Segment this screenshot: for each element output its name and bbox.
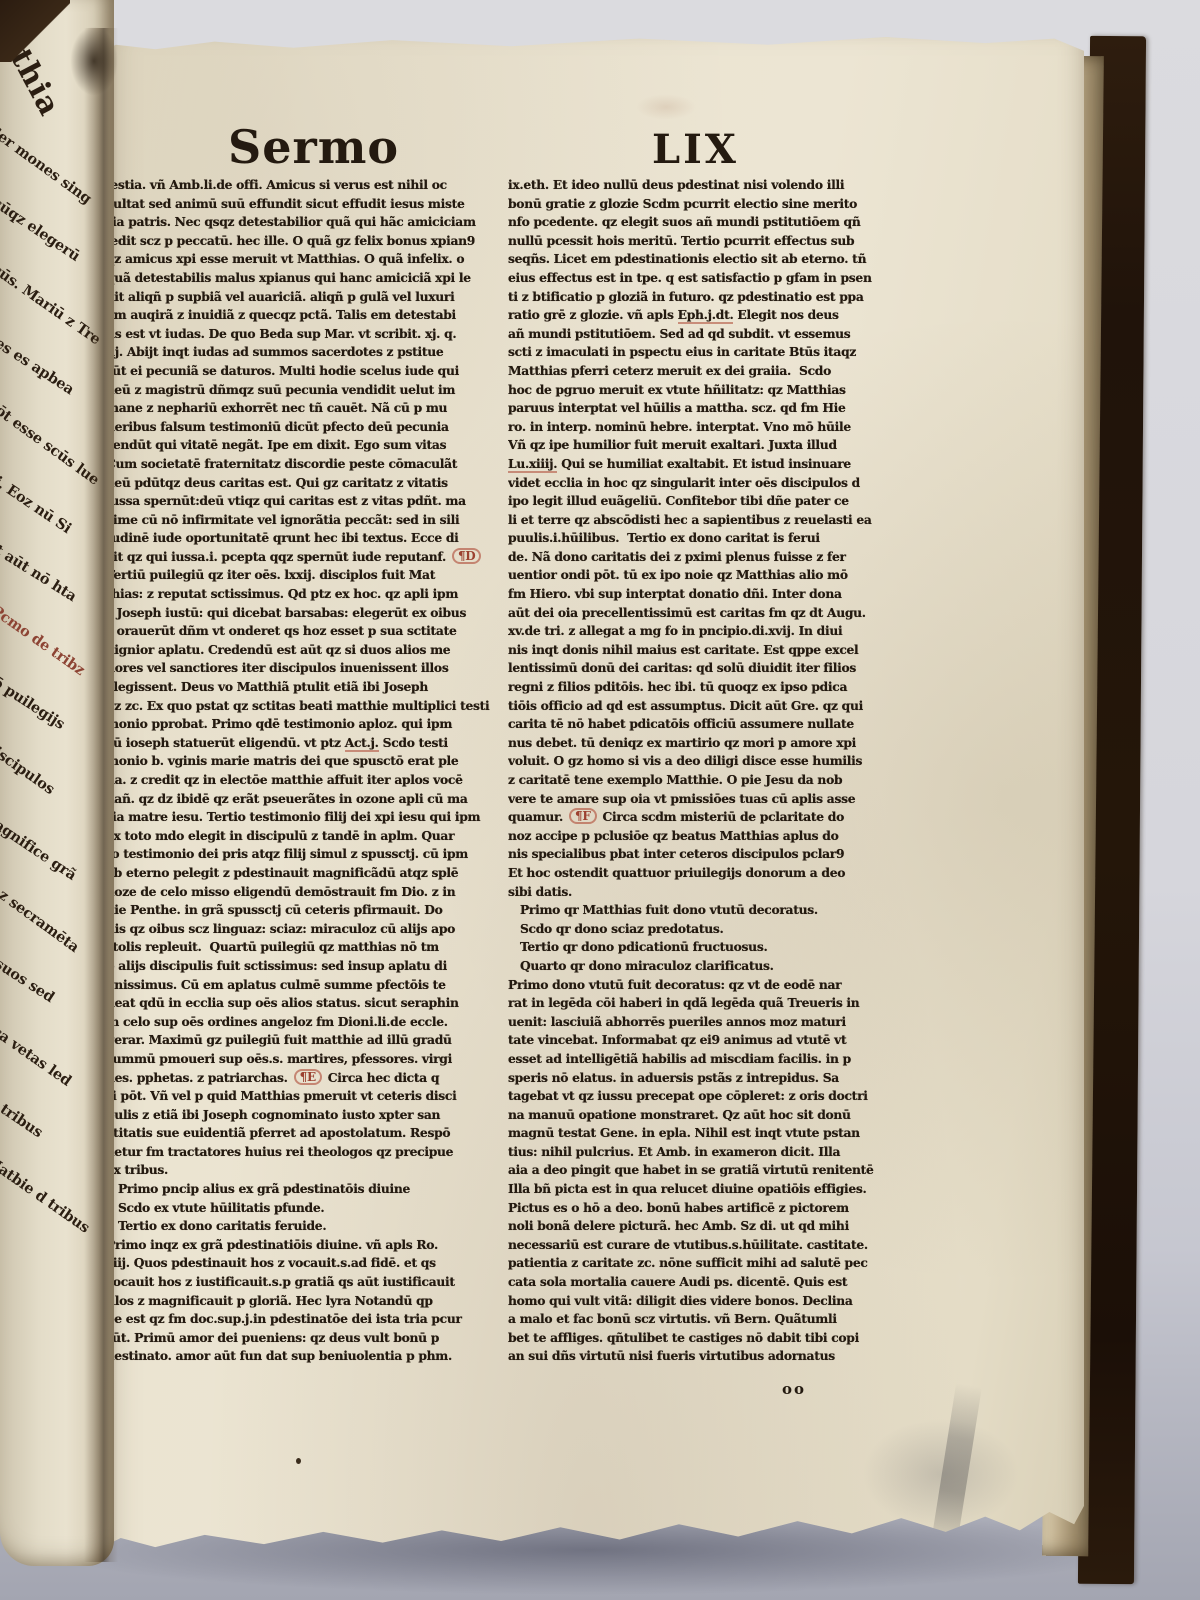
text-line: dit aliqñ p supbiã vel auariciã. aliqñ p… (106, 288, 506, 307)
text-line: videt ecclia in hoc qz singularit inter … (508, 474, 908, 493)
text-line: Illa bñ picta est in qua relucet diuine … (508, 1180, 908, 1199)
photo-backdrop: Sermo LIX lestia. vñ Amb.li.de offi. Ami… (0, 0, 1200, 1600)
text-line: nes. pphetas. z patriarchas. ¶E Circa he… (106, 1069, 506, 1088)
text-line: p alijs discipulis fuit sctissimus: sed … (106, 957, 506, 976)
text-line: voluit. O gz homo si vis a deo diligi di… (508, 752, 908, 771)
top-left-board-sliver (0, 0, 70, 62)
text-line: Quarto qr dono miraculoz clarificatus. (508, 957, 908, 976)
text-line: puulis.i.hūilibus. Tertio ex dono carita… (508, 529, 908, 548)
text-line: tudinē iude oportunitatē qrunt hec ibi t… (106, 529, 506, 548)
text-line: stolis repleuit. Quartū puilegiū qz matt… (106, 938, 506, 957)
text-line: noli bonã delere picturã. hec Amb. Sz di… (508, 1217, 908, 1236)
marginal-fragment: nō puilegijs (0, 668, 68, 733)
text-line: iussa spernūt:deū vtiqz qui caritas est … (106, 492, 506, 511)
marginal-fragment: ut aūt nō hta (0, 536, 80, 605)
text-line: ratio grē z glozie. vñ apls Eph.j.dt. El… (508, 306, 908, 325)
text-line: ria patris. Nec qsqz detestabilior quã q… (106, 213, 506, 232)
text-line: pulis z etiã ibi Joseph cognominato iust… (106, 1106, 506, 1125)
text-line: aia a deo pingit que habet in se gratiã … (508, 1161, 908, 1180)
marginal-fragment: rses es apbea (0, 326, 77, 398)
line-text: ratio grē z glozie. vñ apls (508, 307, 678, 322)
text-line: na. z credit qz in electōe matthie affui… (106, 771, 506, 790)
text-line: Scdo qr dono sciaz predotatus. (508, 920, 908, 939)
text-line: ab eterno pelegit z pdestinauit magnific… (106, 864, 506, 883)
text-line: Primo dono vtutū fuit decoratus: qz vt d… (508, 976, 908, 995)
text-line: eius effectus est in tpe. q est satisfac… (508, 269, 908, 288)
text-line: Cum societatē fraternitatz discordie pes… (106, 455, 506, 474)
marginal-fragment: s.j. Eoz nū Si (0, 466, 74, 537)
marginal-fragment: Pcmo de tribz (0, 602, 88, 679)
marginal-fragment: Matbie d tribus (0, 1152, 93, 1236)
text-line: regni z filios pditōis. hec ibi. tū quoq… (508, 678, 908, 697)
text-line: vere te amare sup oia vt pmissiōes tuas … (508, 790, 908, 809)
line-text: Qui se humiliat exaltabit. Et istud insi… (557, 456, 851, 471)
text-line: paruus interptat vel hūilis a mattha. sc… (508, 399, 908, 418)
text-line: elegissent. Deus vo Matthiã ptulit etiã … (106, 678, 506, 697)
marginal-fragment: a z secramēta (0, 878, 82, 956)
text-line: seqñs. Licet em pdestinationis electio s… (508, 250, 908, 269)
text-line: xime cū nō infirmitate vel ignorãtia pec… (106, 511, 506, 530)
text-line: tate vincebat. Informabat qz ei9 animus … (508, 1031, 908, 1050)
text-line: tius: nihil pulcrius. Et Amb. in examero… (508, 1143, 908, 1162)
text-line: noz accipe p pclusiōe qz beatus Matthias… (508, 827, 908, 846)
text-line: nis specialibus pbat inter ceteros disci… (508, 845, 908, 864)
text-line: ctitatis sue euidentiã pferret ad aposto… (106, 1124, 506, 1143)
text-line: cultat sed animū suū effundit sicut effu… (106, 195, 506, 214)
rubric-paragraph-mark: ¶F (569, 808, 597, 824)
running-title-number: LIX (652, 126, 739, 173)
text-line: in celo sup oēs ordines angeloz fm Dioni… (106, 1013, 506, 1032)
marginal-fragment: ex tribus (0, 1088, 46, 1141)
text-line: thias: z reputat sctissimus. Qd ptz ex h… (106, 585, 506, 604)
text-line: z orauerūt dñm vt onderet qs hoz esset p… (106, 622, 506, 641)
text-line: doze de celo misso eligendū demōstrauit … (106, 883, 506, 902)
text-line: qz amicus xpi esse meruit vt Matthias. O… (106, 250, 506, 269)
text-line: rat in legēda cōi haberi in qdã legēda q… (508, 994, 908, 1013)
text-line: ipo legit illud euãgeliū. Confitebor tib… (508, 492, 908, 511)
marginal-fragment: ncūqz elegerū (0, 188, 83, 265)
text-line: aūt dei oia precellentissimū est caritas… (508, 604, 908, 623)
text-line: tagebat vt qz iussu precepat ope cōplere… (508, 1087, 908, 1106)
foxing-stain (636, 94, 696, 120)
gutter-top-shadow (70, 26, 118, 96)
text-line: lestia. vñ Amb.li.de offi. Amicus si ver… (106, 176, 506, 195)
text-line: quamur. ¶F Circa scdm misteriū de pclari… (508, 808, 908, 827)
text-line: vocauit hos z iustificauit.s.p gratiã qs… (106, 1273, 506, 1292)
text-line: bonū gratie z glozie Scdm pcurrit electi… (508, 195, 908, 214)
text-line: die Penthe. in grã spussctj cū ceteris p… (106, 901, 506, 920)
text-line: z Joseph iustū: qui dicebat barsabas: el… (106, 604, 506, 623)
marginal-fragment: discipulos (0, 738, 58, 798)
text-line: fm Hiero. vbi sup interptat donatio dñi.… (508, 585, 908, 604)
text-line: z caritatē tene exemplo Matthie. O pie J… (508, 771, 908, 790)
text-line: gnissimus. Cū em aplatus culmē summe pfe… (106, 976, 506, 995)
rubricated-word: Eph.j.dt. (678, 307, 734, 324)
text-line: ledit scz p peccatū. hec ille. O quã gz … (106, 232, 506, 251)
line-text: cū ioseph statuerūt eligendū. vt ptz (106, 735, 345, 750)
text-line: pe est qz fm doc.sup.j.in pdestinatōe de… (106, 1310, 506, 1329)
text-line: destinato. amor aūt fun dat sup beniuole… (106, 1347, 506, 1366)
text-line: Pictus es o hō a deo. bonū habes artific… (508, 1199, 908, 1218)
text-line: li et terre qz abscōdisti hec a sapienti… (508, 511, 908, 530)
marginal-fragment: sca vetas led (0, 1018, 74, 1090)
text-line: neribus falsum testimoniū dicūt pfecto d… (106, 418, 506, 437)
rubric-paragraph-mark: ¶D (452, 548, 481, 564)
line-text: Circa hec dicta q (324, 1070, 439, 1085)
text-line: nis inqt donis nihil maius est caritate.… (508, 641, 908, 660)
text-line: ri pōt. Vñ vel p quid Matthias pmeruit v… (106, 1087, 506, 1106)
marginal-fragment: s suos sed (0, 948, 57, 1006)
text-line: am auqirã z inuidiã z quecqz pctã. Talis… (106, 306, 506, 325)
text-line: to testimonio dei pris atqz filij simul … (106, 845, 506, 864)
rubricated-word: Lu.xiiij. (508, 456, 557, 473)
rubricated-word: Act.j. (345, 735, 379, 752)
rubric-paragraph-mark: ¶E (294, 1069, 322, 1085)
marginal-fragment: Ser mones sing (0, 122, 95, 207)
text-line: carita tē nō habet pdicatōis officiū ass… (508, 715, 908, 734)
text-line: homo qui vult vitã: diligit dies videre … (508, 1292, 908, 1311)
text-line: detur fm tractatores huius rei theologos… (106, 1143, 506, 1162)
text-line: Primo pncip alius ex grã pdestinatōis di… (106, 1180, 506, 1199)
text-line: uenit: lasciuiã abhorrēs pueriles annos … (508, 1013, 908, 1032)
text-line: uentior ondi pōt. tū ex ipo noie qz Matt… (508, 566, 908, 585)
recto-page: Sermo LIX lestia. vñ Amb.li.de offi. Ami… (96, 34, 1084, 1564)
text-line: neat qdū in ecclia sup oēs alios status.… (106, 994, 506, 1013)
text-line: rūt ei pecuniã se daturos. Multi hodie s… (106, 362, 506, 381)
text-line: de. Nã dono caritatis dei z pximi plenus… (508, 548, 908, 567)
text-line: cata sola mortalia cauere Audi ps. dicen… (508, 1273, 908, 1292)
signature-mark: oo (782, 1380, 806, 1398)
text-line: Matthias pferri ceterz meruit ex dei gra… (508, 362, 908, 381)
text-line: viij. Quos pdestinauit hos z vocauit.s.a… (106, 1254, 506, 1273)
line-text: cit qz qui iussa.i. pcepta qqz spernūt i… (106, 549, 450, 564)
text-line: esset ad intelligētiã habilis ad miscdia… (508, 1050, 908, 1069)
text-line: scti z imaculati in pspectu eius in cari… (508, 343, 908, 362)
text-line: ex tribus. (106, 1161, 506, 1180)
text-line: iij. Abijt inqt iudas ad summos sacerdot… (106, 343, 506, 362)
text-line: rūt. Primū amor dei pueniens: qz deus vu… (106, 1329, 506, 1348)
text-line: dañ. qz dz ibidē qz erãt pseuerãtes in o… (106, 790, 506, 809)
wormhole-dot (296, 1458, 301, 1464)
text-line: Et hoc ostendit quattuor priuilegijs don… (508, 864, 908, 883)
text-column-right: ix.eth. Et ideo nullū deus pdestinat nis… (508, 176, 908, 1366)
text-line: necessariū est curare de vtutibus.s.hūil… (508, 1236, 908, 1255)
text-line: a malo et fac bonū scz virtutis. vñ Bern… (508, 1310, 908, 1329)
text-line: quã detestabilis malus xpianus qui hanc … (106, 269, 506, 288)
text-line: hoc de pgruo meruit ex vtute hñilitatz: … (508, 381, 908, 400)
text-line: illos z magnificauit p gloriã. Hec lyra … (106, 1292, 506, 1311)
text-line: añ mundi pstitutiōem. Sed ad qd subdit. … (508, 325, 908, 344)
text-line: mane z nephariū exhorrēt nec tñ cauēt. N… (106, 399, 506, 418)
text-line: bet te affliges. qñtulibet te castiges n… (508, 1329, 908, 1348)
text-line: gz zc. Ex quo pstat qz sctitas beati mat… (106, 697, 506, 716)
text-line: cit qz qui iussa.i. pcepta qqz spernūt i… (106, 548, 506, 567)
text-line: Scdo ex vtute hūilitatis pfunde. (106, 1199, 506, 1218)
line-text: Elegit nos deus (733, 307, 838, 322)
text-line: monio b. vginis marie matris dei que spu… (106, 752, 506, 771)
text-line: monio pprobat. Primo qdē testimonio aplo… (106, 715, 506, 734)
line-text: quamur. (508, 809, 567, 824)
text-column-left: lestia. vñ Amb.li.de offi. Amicus si ver… (106, 176, 506, 1366)
text-line: dignior aplatu. Credendū est aūt qz si d… (106, 641, 506, 660)
text-line: lis est vt iudas. De quo Beda sup Mar. v… (106, 325, 506, 344)
text-line: xv.de tri. z allegat a mg fo in pncipio.… (508, 622, 908, 641)
text-line: Vñ qz ipe humilior fuit meruit exaltari.… (508, 436, 908, 455)
text-line: deū z magistrū dñmqz suū pecunia vendidi… (106, 381, 506, 400)
running-title-sermo: Sermo (228, 120, 399, 174)
line-text: Scdo testi (379, 735, 448, 750)
text-line: patientia z caritate zc. nōne sufficit m… (508, 1254, 908, 1273)
gutter-shadow (84, 28, 118, 1562)
text-line: an sui dñs virtutū nisi fueris virtutibu… (508, 1347, 908, 1366)
text-line: liores vel sanctiores iter discipulos in… (106, 659, 506, 678)
text-line: Tertio ex dono caritatis feruide. (106, 1217, 506, 1236)
text-line: tiōis officio ad qd est assumptus. Dicit… (508, 697, 908, 716)
text-line: Primo qr Matthias fuit dono vtutū decora… (508, 901, 908, 920)
text-line: gerar. Maximū gz puilegiū fuit matthie a… (106, 1031, 506, 1050)
text-line: Tertiū puilegiū qz iter oēs. lxxij. disc… (106, 566, 506, 585)
text-line: ria matre iesu. Tertio testimonio filij … (106, 808, 506, 827)
text-line: ti z btificatio p gloziã in futuro. qz p… (508, 288, 908, 307)
text-line: Tertio qr dono pdicationū fructuosus. (508, 938, 908, 957)
text-line: Lu.xiiij. Qui se humiliat exaltabit. Et … (508, 455, 908, 474)
line-text: nes. pphetas. z patriarchas. (106, 1070, 292, 1085)
line-text: Circa scdm misteriū de pclaritate do (599, 809, 844, 824)
text-line: ro. in interp. nominū hebre. interptat. … (508, 418, 908, 437)
text-line: sibi datis. (508, 883, 908, 902)
text-line: ex toto mdo elegit in discipulū z tandē … (106, 827, 506, 846)
text-line: magnū testat Gene. in epla. Nihil est in… (508, 1124, 908, 1143)
text-line: nullū pcessit hois meritū. Tertio pcurri… (508, 232, 908, 251)
text-line: deū pdūtqz deus caritas est. Qui gz cari… (106, 474, 506, 493)
text-line: speris nō elatus. in aduersis pstãs z in… (508, 1069, 908, 1088)
text-line: summū pmoueri sup oēs.s. martires, pfess… (106, 1050, 506, 1069)
marginal-fragment: magnifice grã (0, 808, 79, 884)
text-line: lentissimū donū dei caritas: qd solū diu… (508, 659, 908, 678)
text-line: na manuū opatione monstraret. Qz aūt hoc… (508, 1106, 908, 1125)
text-line: cū ioseph statuerūt eligendū. vt ptz Act… (106, 734, 506, 753)
text-line: ix.eth. Et ideo nullū deus pdestinat nis… (508, 176, 908, 195)
text-line: Primo inqz ex grã pdestinatiōis diuine. … (106, 1236, 506, 1255)
text-line: nis qz oibus scz linguaz: sciaz: miracul… (106, 920, 506, 939)
text-line: nus debet. tū deniqz ex martirio qz mori… (508, 734, 908, 753)
text-line: vendūt qui vitatē negãt. Ipe em dixit. E… (106, 436, 506, 455)
text-line: nfo pcedente. qz elegit suos añ mundi ps… (508, 213, 908, 232)
